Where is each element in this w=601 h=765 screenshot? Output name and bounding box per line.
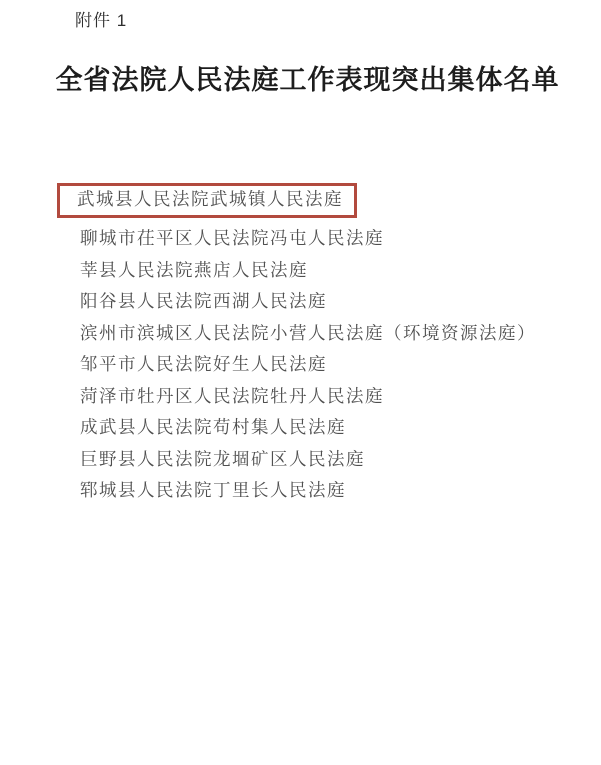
list-item: 聊城市茌平区人民法院冯屯人民法庭 [80,223,580,255]
attachment-label: 附件 1 [75,6,127,31]
list-item: 莘县人民法院燕店人民法庭 [80,255,580,287]
list-item: 武城县人民法院武城镇人民法庭 [80,183,580,218]
list-item: 菏泽市牡丹区人民法院牡丹人民法庭 [80,381,580,413]
list-item: 阳谷县人民法院西湖人民法庭 [80,286,580,318]
document-page: 附件 1 全省法院人民法庭工作表现突出集体名单 武城县人民法院武城镇人民法庭聊城… [0,0,601,765]
list-item: 滨州市滨城区人民法院小营人民法庭（环境资源法庭） [80,318,580,350]
list-item: 成武县人民法院苟村集人民法庭 [80,412,580,444]
list-item: 邹平市人民法院好生人民法庭 [80,349,580,381]
list-item: 郓城县人民法院丁里长人民法庭 [80,475,580,507]
court-list: 武城县人民法院武城镇人民法庭聊城市茌平区人民法院冯屯人民法庭莘县人民法院燕店人民… [80,183,580,507]
red-highlight-box: 武城县人民法院武城镇人民法庭 [57,183,357,218]
page-title: 全省法院人民法庭工作表现突出集体名单 [0,58,601,97]
list-item: 巨野县人民法院龙堌矿区人民法庭 [80,444,580,476]
